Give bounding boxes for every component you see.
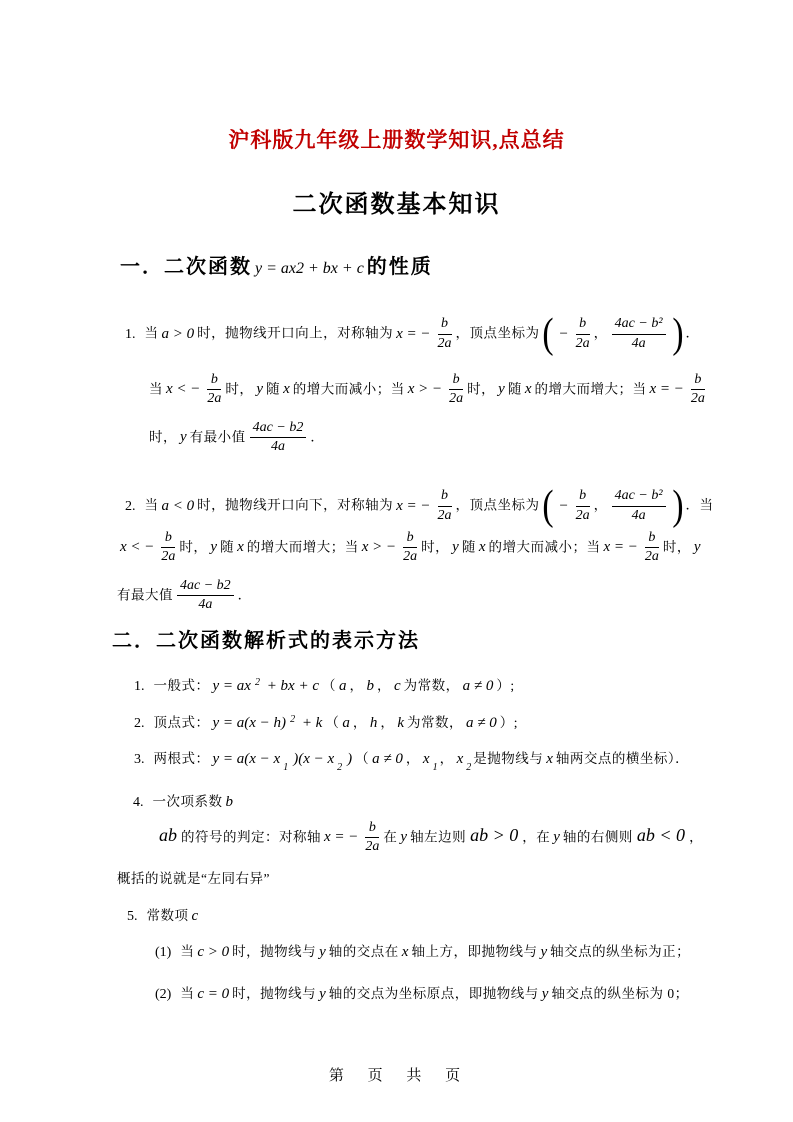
page-footer: 第 页 共 页 [0,1066,793,1088]
math-run: a < 0 [162,498,195,514]
text-run: ， [350,678,364,693]
math-run: y [542,986,549,1002]
item-number: 2. [134,716,145,731]
text-run: 随 [462,539,476,554]
text-run: 时， [663,539,691,554]
fraction: 4ac − b²4a [612,488,666,523]
numerator: 4ac − b² [612,316,666,334]
math-run: x < − [120,539,154,555]
numerator: b [576,316,590,334]
math-run: − [559,498,569,514]
fraction: 4ac − b24a [250,420,307,455]
text-run: 轴的交点为坐标原点，即抛物线与 [329,986,539,1001]
item-1-line-1: 1.当a > 0时，抛物线开口向上，对称轴为x = −b2a，顶点坐标为(−b2… [125,312,700,356]
math-run: a ≠ 0 [466,715,497,731]
superscript: 2 [290,714,295,725]
numerator: b [645,530,659,548]
text-run: 一般式： [154,678,210,693]
math-run: y [210,539,217,555]
denominator: 2a [691,390,705,407]
text-run: 轴交点的纵坐标为 0； [551,986,688,1001]
math-run: k [397,715,404,731]
denominator: 2a [576,335,590,352]
formula-3: 3.两根式：y = a(x − x1)(x − x2)（a ≠ 0，x1，x2是… [134,747,689,776]
text-run: （ [325,715,339,730]
math-run: y = ax2 + bx + c [255,260,364,277]
fraction: b2a [576,316,590,351]
text-run: ， [440,751,454,766]
fraction: 4ac − b²4a [612,316,666,351]
math-run: y [319,986,326,1002]
text-run: 的增大而减小；当 [293,381,405,396]
fraction: b2a [365,820,379,855]
numerator: b [438,316,452,334]
text-run: 随 [508,381,522,396]
text-run: ，在 [522,829,550,844]
text-run: 当 [180,986,194,1001]
math-run: x [479,539,486,555]
text-run: 时， [225,381,253,396]
math-run: )(x − x [293,751,334,767]
denominator: 4a [612,335,666,352]
text-run: 两根式： [154,751,210,766]
fraction: 4ac − b24a [177,578,234,613]
fraction: b2a [449,372,463,407]
denominator: 2a [365,838,379,855]
numerator: 4ac − b² [612,488,666,506]
text-run: ， [594,326,608,341]
math-run: + bx + c [263,678,319,694]
numerator: b [403,530,417,548]
text-run: ， [380,715,394,730]
text-run: ， [353,715,367,730]
math-run: a [342,715,350,731]
numerator: b [161,530,175,548]
text-run: 当 [145,498,159,513]
text-run: 时， [467,381,495,396]
item-number: (2) [155,987,171,1002]
text-run: 在 [383,829,397,844]
item-5-sub-1: (1)当c > 0时，抛物线与y轴的交点在x轴上方，即抛物线与y轴交点的纵坐标为… [155,940,690,964]
math-run: x = − [604,539,638,555]
text-run: 二．二次函数解析式的表示方法 [112,630,420,652]
text-run: 的性质 [367,256,433,278]
math-run: x [283,381,290,397]
text-run: 有最大值 [117,587,173,602]
text-run: 的符号的判定：对称轴 [181,829,321,844]
item-2-line-1: 2.当a < 0时，抛物线开口向下，对称轴为x = −b2a，顶点坐标为(−b2… [125,484,714,528]
section-1-heading: 一．二次函数y = ax2 + bx + c的性质 [120,253,433,282]
formula-1: 1.一般式：y = ax2 + bx + c（a，b，c为常数，a ≠ 0）; [134,674,515,698]
math-run: ) [347,751,352,767]
numerator: b [576,488,590,506]
fraction: b2a [438,488,452,523]
item-2-line-3: 有最大值4ac − b24a． [117,578,252,613]
math-run: y = a(x − x [213,751,281,767]
fraction: b2a [403,530,417,565]
denominator: 2a [161,548,175,565]
numerator: b [365,820,379,838]
text-run: 轴的右侧则 [563,829,633,844]
math-run: a [339,678,347,694]
denominator: 4a [177,596,234,613]
math-run-large: ab > 0 [470,825,518,845]
text-run: 的增大而增大；当 [535,381,647,396]
text-run: 时， [421,539,449,554]
numerator: b [449,372,463,390]
math-run: y [540,944,547,960]
item-5-heading: 5.常数项c [127,904,201,928]
subscript: 1 [433,762,438,773]
text-run: ． [686,326,700,341]
item-2-line-2: x < −b2a时，y随x的增大而增大；当x > −b2a时，y随x的增大而减小… [117,530,704,565]
text-run: 时，抛物线开口向上，对称轴为 [197,326,393,341]
math-run: x < − [166,381,200,397]
text-run: 为常数， [407,715,463,730]
math-run: a > 0 [162,326,195,342]
text-run: 为常数， [404,678,460,693]
numerator: 4ac − b2 [250,420,307,438]
text-run: 时，抛物线开口向下，对称轴为 [197,498,393,513]
text-run: ， [377,678,391,693]
math-run: y = ax [213,678,251,694]
text-run: ， [689,829,703,844]
math-run: b [226,794,234,810]
denominator: 2a [576,507,590,524]
text-run: 轴左边则 [410,829,466,844]
math-run: y [694,539,701,555]
text-run: 轴上方，即抛物线与 [411,944,537,959]
denominator: 2a [645,548,659,565]
item-number: 4. [133,795,144,810]
math-run: y [180,429,187,445]
item-1-line-3: 时，y有最小值4ac − b24a． [149,420,324,455]
item-number: 2. [125,499,136,514]
big-open-paren: ( [542,484,553,528]
denominator: 2a [207,390,221,407]
math-run: x [237,539,244,555]
text-run: ）; [496,678,514,693]
text-run: 概括的说就是“左同右异” [117,871,270,886]
big-close-paren: ) [672,484,683,528]
text-run: 当 [180,944,194,959]
item-number: 3. [134,752,145,767]
text-run: 轴交点的纵坐标为正； [550,944,690,959]
math-run: x = − [650,381,684,397]
math-run: x [457,751,464,767]
text-run: 一次项系数 [153,794,223,809]
section-2-heading: 二．二次函数解析式的表示方法 [112,627,420,656]
text-run: 有最小值 [190,429,246,444]
text-run: 的增大而减小；当 [489,539,601,554]
text-run: 是抛物线与 [473,751,543,766]
math-run: x > − [362,539,396,555]
math-run: y [498,381,505,397]
math-run: y = a(x − h) [213,715,287,731]
text-run: （ [355,751,369,766]
text-run: ， [406,751,420,766]
numerator: 4ac − b2 [177,578,234,596]
text-run: ，顶点坐标为 [456,498,540,513]
item-4-para-1: ab的符号的判定：对称轴x = −b2a在y轴左边则ab > 0，在y轴的右侧则… [155,820,703,855]
item-number: 5. [127,909,138,924]
item-5-sub-2: (2)当c = 0时，抛物线与y轴的交点为坐标原点，即抛物线与y轴交点的纵坐标为… [155,982,689,1006]
math-run: b [367,678,375,694]
superscript: 2 [255,677,260,688]
text-run: 时， [179,539,207,554]
text-run: 随 [266,381,280,396]
text-run: 顶点式： [154,715,210,730]
text-run: 时， [149,429,177,444]
text-run: ， [594,498,608,513]
text-run: 时，抛物线与 [232,986,316,1001]
document-page: 沪科版九年级上册数学知识,点总结 二次函数基本知识 一．二次函数y = ax2 … [0,0,793,1122]
math-run: x = − [324,829,358,845]
item-number: 1. [134,679,145,694]
text-run: 的增大而增大；当 [247,539,359,554]
text-run: （ [322,678,336,693]
item-4-para-2: 概括的说就是“左同右异” [117,867,270,890]
denominator: 2a [438,507,452,524]
math-run: + k [298,715,322,731]
text-run: ．当 [686,498,714,513]
math-run: a ≠ 0 [463,678,494,694]
math-run: − [559,326,569,342]
fraction: b2a [207,372,221,407]
text-run: 轴的交点在 [329,944,399,959]
denominator: 4a [250,438,307,455]
math-run: y [452,539,459,555]
numerator: b [438,488,452,506]
item-4-heading: 4.一次项系数b [133,790,236,814]
math-run: x > − [408,381,442,397]
math-run: y [553,829,560,845]
fraction: b2a [161,530,175,565]
denominator: 2a [438,335,452,352]
text-run: 时，抛物线与 [232,944,316,959]
text-run: ． [238,587,252,602]
text-run: 一．二次函数 [120,256,252,278]
item-1-line-2: 当x < −b2a时，y随x的增大而减小；当x > −b2a时，y随x的增大而增… [149,372,709,407]
math-run: y [256,381,263,397]
doc-title: 沪科版九年级上册数学知识,点总结 [0,125,793,155]
fraction: b2a [438,316,452,351]
subscript: 1 [283,762,288,773]
big-open-paren: ( [542,312,553,356]
subscript: 2 [337,762,342,773]
fraction: b2a [576,488,590,523]
math-run: c = 0 [197,986,229,1002]
text-run: 随 [220,539,234,554]
denominator: 2a [449,390,463,407]
text-run: 常数项 [147,908,189,923]
math-run: y [400,829,407,845]
math-run-large: ab < 0 [637,825,685,845]
main-title: 二次函数基本知识 [0,188,793,223]
denominator: 2a [403,548,417,565]
item-number: (1) [155,945,171,960]
denominator: 4a [612,507,666,524]
text-run: ． [310,429,324,444]
math-run: x = − [396,498,430,514]
text-run: ，顶点坐标为 [456,326,540,341]
math-run: x = − [396,326,430,342]
item-number: 1. [125,327,136,342]
math-run: x [423,751,430,767]
formula-2: 2.顶点式：y = a(x − h)2 + k（a，h，k为常数，a ≠ 0）; [134,711,518,735]
math-run: c [192,908,199,924]
math-run: y [319,944,326,960]
text-run: ）; [500,715,518,730]
big-close-paren: ) [672,312,683,356]
text-run: 当 [149,381,163,396]
text-run: 当 [145,326,159,341]
math-run: a ≠ 0 [372,751,403,767]
fraction: b2a [645,530,659,565]
subscript: 2 [466,762,471,773]
math-run: x [402,944,409,960]
numerator: b [207,372,221,390]
math-run-large: ab [159,825,177,845]
math-run: c [394,678,401,694]
fraction: b2a [691,372,705,407]
math-run: x [525,381,532,397]
math-run: x [546,751,553,767]
math-run: c > 0 [197,944,229,960]
numerator: b [691,372,705,390]
text-run: 轴两交点的横坐标）． [556,751,689,766]
math-run: h [370,715,378,731]
